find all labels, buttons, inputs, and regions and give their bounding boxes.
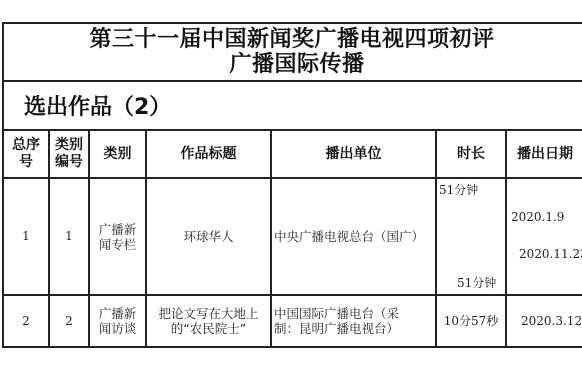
- header-serial: 总序号: [3, 130, 49, 178]
- table-header-row: 总序号 类别编号 类别 作品标题 播出单位 时长 播出日期: [3, 130, 582, 178]
- cell-broadcaster: 中国国际广播电台（采制：昆明广播电视台）: [271, 295, 436, 347]
- cell-broadcast-date: 2020.1.9 2020.11.23: [506, 178, 582, 295]
- section-header: 选出作品（2）: [2, 80, 582, 129]
- table-row: 2 2 广播新闻访谈 把论文写在大地上的“农民院士” 中国国际广播电台（采制：昆…: [3, 295, 582, 347]
- date-value: 2020.1.9: [511, 210, 564, 225]
- document-subtitle: 广播国际传播: [229, 52, 364, 77]
- cell-category: 广播新闻专栏: [89, 178, 146, 295]
- header-duration: 时长: [436, 130, 506, 178]
- award-document: 第三十一届中国新闻奖广播电视四项初评 广播国际传播 选出作品（2） 总序号 类别…: [2, 22, 582, 348]
- section-label: 选出作品（2）: [24, 90, 171, 121]
- header-work-title: 作品标题: [146, 130, 271, 178]
- header-category-no: 类别编号: [49, 130, 89, 178]
- cell-duration: 51分钟 51分钟: [436, 178, 506, 295]
- cell-category: 广播新闻访谈: [89, 295, 146, 347]
- duration-value: 51分钟: [439, 183, 478, 198]
- duration-value: 51分钟: [457, 276, 496, 291]
- date-value: 2020.11.23: [519, 247, 582, 262]
- works-table: 总序号 类别编号 类别 作品标题 播出单位 时长 播出日期 1 1 广播新闻专栏…: [2, 129, 582, 348]
- cell-serial: 2: [3, 295, 49, 347]
- cell-duration: 10分57秒: [436, 295, 506, 347]
- cell-category-no: 2: [49, 295, 89, 347]
- cell-broadcast-date: 2020.3.12: [506, 295, 582, 347]
- table-row: 1 1 广播新闻专栏 环球华人 中央广播电视总台（国广） 51分钟 51分钟 2…: [3, 178, 582, 295]
- cell-broadcaster: 中央广播电视总台（国广）: [271, 178, 436, 295]
- cell-work-title: 环球华人: [146, 178, 271, 295]
- header-broadcaster: 播出单位: [271, 130, 436, 178]
- cell-work-title: 把论文写在大地上的“农民院士”: [146, 295, 271, 347]
- cell-serial: 1: [3, 178, 49, 295]
- cell-category-no: 1: [49, 178, 89, 295]
- title-block: 第三十一届中国新闻奖广播电视四项初评 广播国际传播: [2, 22, 582, 80]
- header-category: 类别: [89, 130, 146, 178]
- document-title: 第三十一届中国新闻奖广播电视四项初评: [89, 27, 494, 52]
- header-broadcast-date: 播出日期: [506, 130, 582, 178]
